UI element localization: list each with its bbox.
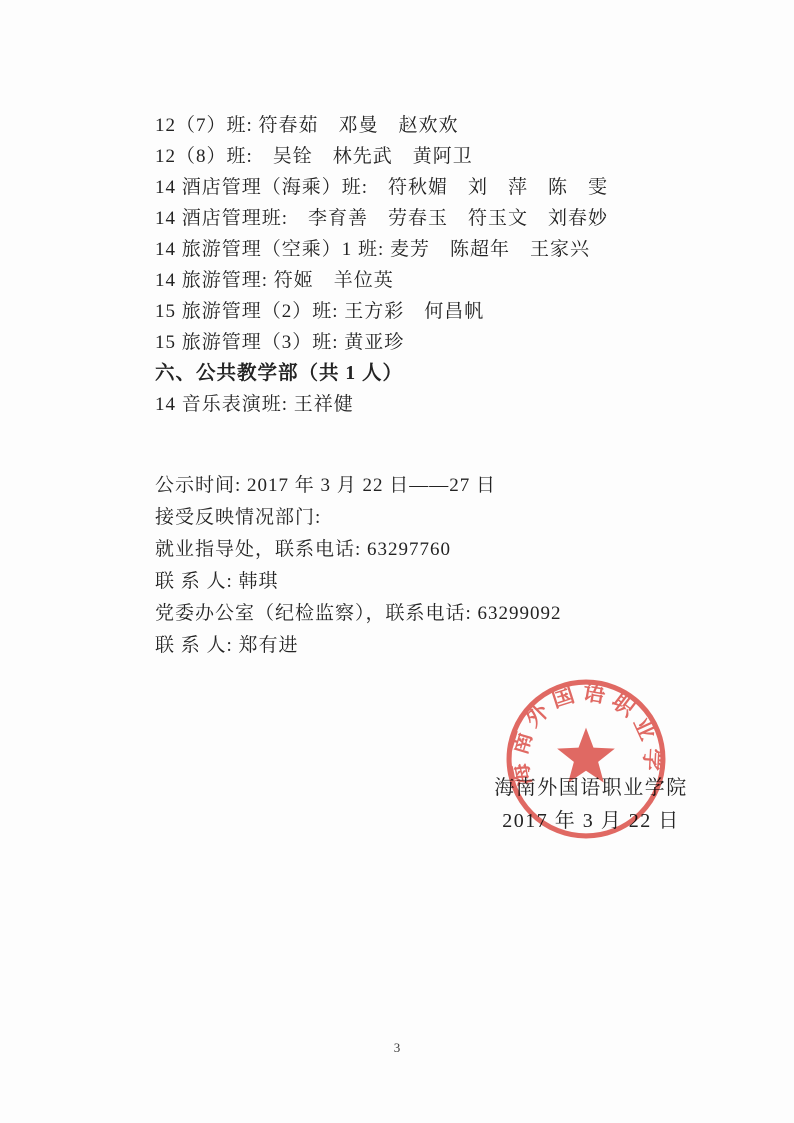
- roster-line: 14 旅游管理: 符姬 羊位英: [155, 265, 665, 296]
- roster-line: 14 酒店管理班: 李育善 劳春玉 符玉文 刘春妙: [155, 203, 665, 234]
- roster-line: 14 旅游管理（空乘）1 班: 麦芳 陈超年 王家兴: [155, 234, 665, 265]
- publicity-period: 公示时间: 2017 年 3 月 22 日——27 日: [155, 470, 665, 502]
- contact-person-2: 联 系 人: 郑有进: [155, 630, 665, 662]
- roster-line: 14 音乐表演班: 王祥健: [155, 389, 665, 420]
- feedback-dept-label: 接受反映情况部门:: [155, 502, 665, 534]
- page-number: 3: [0, 1040, 794, 1056]
- dept1-phone: 就业指导处，联系电话: 63297760: [155, 534, 665, 566]
- section-heading: 六、公共教学部（共 1 人）: [155, 358, 665, 389]
- notice-block: 公示时间: 2017 年 3 月 22 日——27 日 接受反映情况部门: 就业…: [155, 470, 665, 662]
- dept2-phone: 党委办公室（纪检监察），联系电话: 63299092: [155, 598, 665, 630]
- contact-person-1: 联 系 人: 韩琪: [155, 566, 665, 598]
- official-seal: 海南外国语职业学院: [504, 677, 668, 841]
- roster-line: 12（7）班: 符春茹 邓曼 赵欢欢: [155, 110, 665, 141]
- document-page: 12（7）班: 符春茹 邓曼 赵欢欢 12（8）班: 吴铨 林先武 黄阿卫 14…: [0, 0, 794, 1123]
- star-icon: [557, 728, 615, 783]
- roster-line: 15 旅游管理（2）班: 王方彩 何昌帆: [155, 296, 665, 327]
- roster-line: 12（8）班: 吴铨 林先武 黄阿卫: [155, 141, 665, 172]
- roster-block: 12（7）班: 符春茹 邓曼 赵欢欢 12（8）班: 吴铨 林先武 黄阿卫 14…: [155, 110, 665, 420]
- roster-line: 14 酒店管理（海乘）班: 符秋媚 刘 萍 陈 雯: [155, 172, 665, 203]
- roster-line: 15 旅游管理（3）班: 黄亚珍: [155, 327, 665, 358]
